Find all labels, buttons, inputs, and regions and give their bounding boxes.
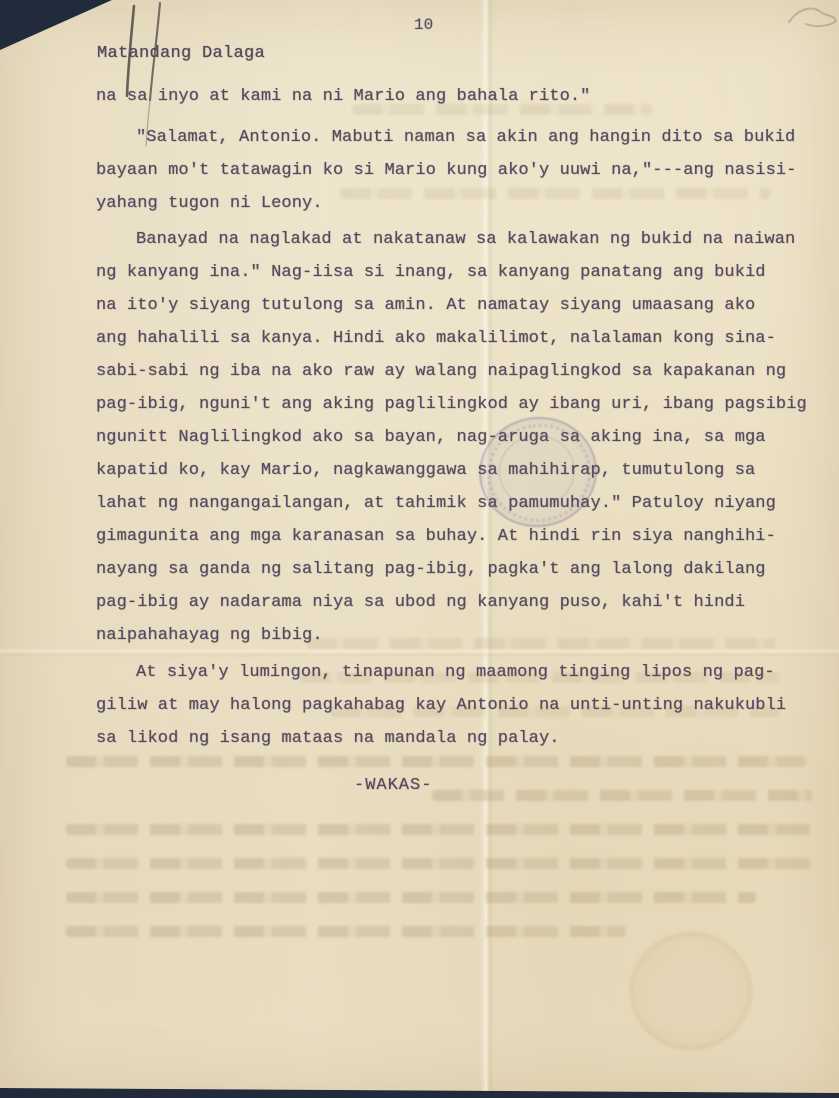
- typed-line: giliw at may halong pagkahabag kay Anton…: [96, 689, 798, 722]
- ghost-text-line: [66, 858, 818, 869]
- page-number: 10: [414, 16, 433, 34]
- typed-line: kapatid ko, kay Mario, nagkawanggawa sa …: [96, 454, 798, 487]
- typed-line: ang hahalili sa kanya. Hindi ako makalil…: [96, 322, 798, 355]
- typed-line: sa likod ng isang mataas na mandala ng p…: [96, 722, 798, 755]
- typed-line: sabi-sabi ng iba na ako raw ay walang na…: [96, 355, 798, 388]
- ghost-text-line: [66, 926, 626, 937]
- closing-word: -WAKAS-: [96, 769, 798, 802]
- typed-line: gimagunita ang mga karanasan sa buhay. A…: [96, 520, 798, 553]
- typed-line: At siya'y lumingon, tinapunan ng maamong…: [96, 656, 798, 689]
- typed-line: "Salamat, Antonio. Mabuti naman sa akin …: [96, 121, 798, 154]
- paper-sheet: 10 Matandang Dalaga na sa inyo at kami n…: [0, 0, 839, 1098]
- ghost-text-line: [66, 892, 756, 903]
- typed-line: nayang sa ganda ng salitang pag-ibig, pa…: [96, 553, 798, 586]
- typed-line: pag-ibig, nguni't ang aking paglilingkod…: [96, 388, 798, 421]
- typed-line: bayaan mo't tatawagin ko si Mario kung a…: [96, 154, 798, 187]
- typed-body-text: na sa inyo at kami na ni Mario ang bahal…: [96, 80, 798, 802]
- typed-line: yahang tugon ni Leony.: [96, 187, 798, 220]
- typed-line: pag-ibig ay nadarama niya sa ubod ng kan…: [96, 586, 798, 619]
- typed-line: naipahahayag ng bibig.: [96, 619, 798, 652]
- pencil-scribble: [789, 9, 836, 27]
- typed-line: ng kanyang ina." Nag-iisa si inang, sa k…: [96, 256, 798, 289]
- ghost-text-line: [66, 824, 814, 835]
- scanned-typescript-page: { "page": { "number": "10", "header": "M…: [0, 0, 839, 1098]
- typed-line: Banayad na naglakad at nakatanaw sa kala…: [96, 223, 798, 256]
- typed-line: na sa inyo at kami na ni Mario ang bahal…: [96, 80, 798, 113]
- faint-round-stamp: [630, 932, 752, 1050]
- typed-line: ngunitt Naglilingkod ako sa bayan, nag-a…: [96, 421, 798, 454]
- typed-line: lahat ng nangangailangan, at tahimik sa …: [96, 487, 798, 520]
- document-header: Matandang Dalaga: [97, 44, 265, 63]
- typed-line: na ito'y siyang tutulong sa amin. At nam…: [96, 289, 798, 322]
